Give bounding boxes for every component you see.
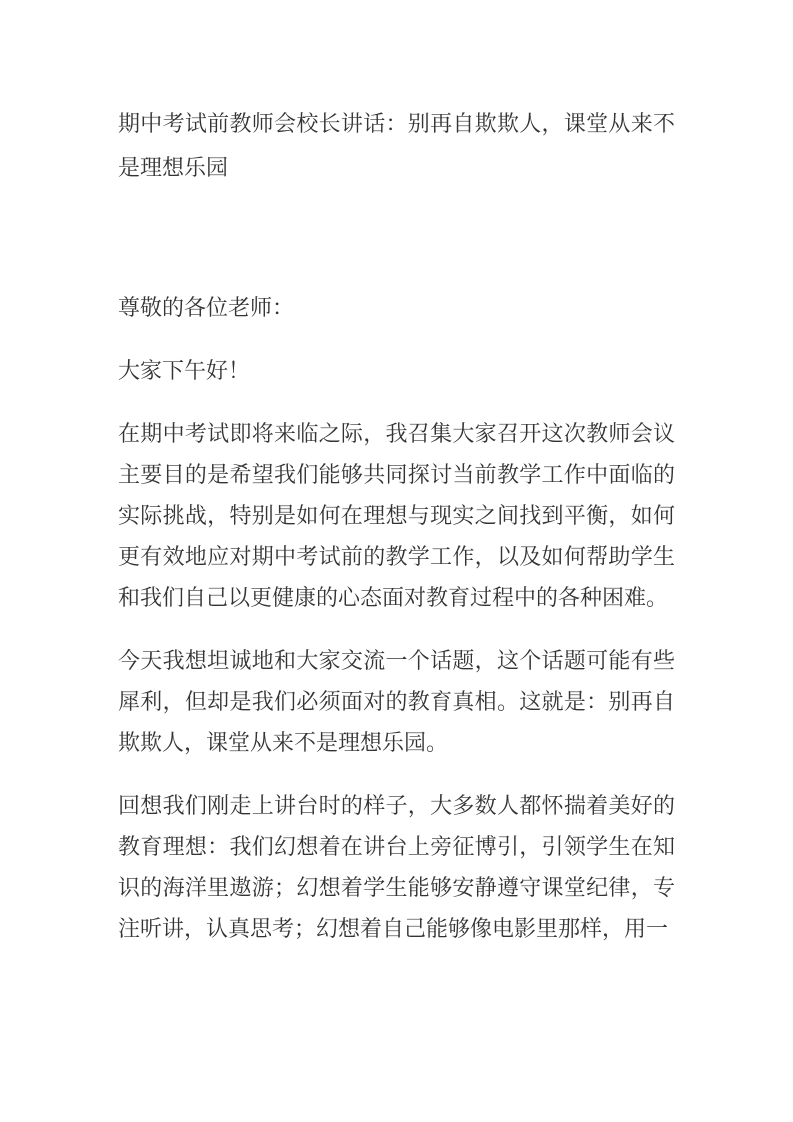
paragraph: 今天我想坦诚地和大家交流一个话题，这个话题可能有些犀利，但却是我们必须面对的教育… (118, 640, 675, 763)
document-page: 期中考试前教师会校长讲话：别再自欺欺人，课堂从来不是理想乐园 尊敬的各位老师： … (0, 0, 793, 1122)
paragraph-salutation: 尊敬的各位老师： (118, 287, 675, 328)
paragraph-greeting: 大家下午好！ (118, 350, 675, 391)
document-title: 期中考试前教师会校长讲话：别再自欺欺人，课堂从来不是理想乐园 (118, 102, 675, 190)
paragraph: 在期中考试即将来临之际，我召集大家召开这次教师会议主要目的是希望我们能够共同探讨… (118, 413, 675, 618)
paragraph: 回想我们刚走上讲台时的样子，大多数人都怀揣着美好的教育理想：我们幻想着在讲台上旁… (118, 785, 675, 949)
